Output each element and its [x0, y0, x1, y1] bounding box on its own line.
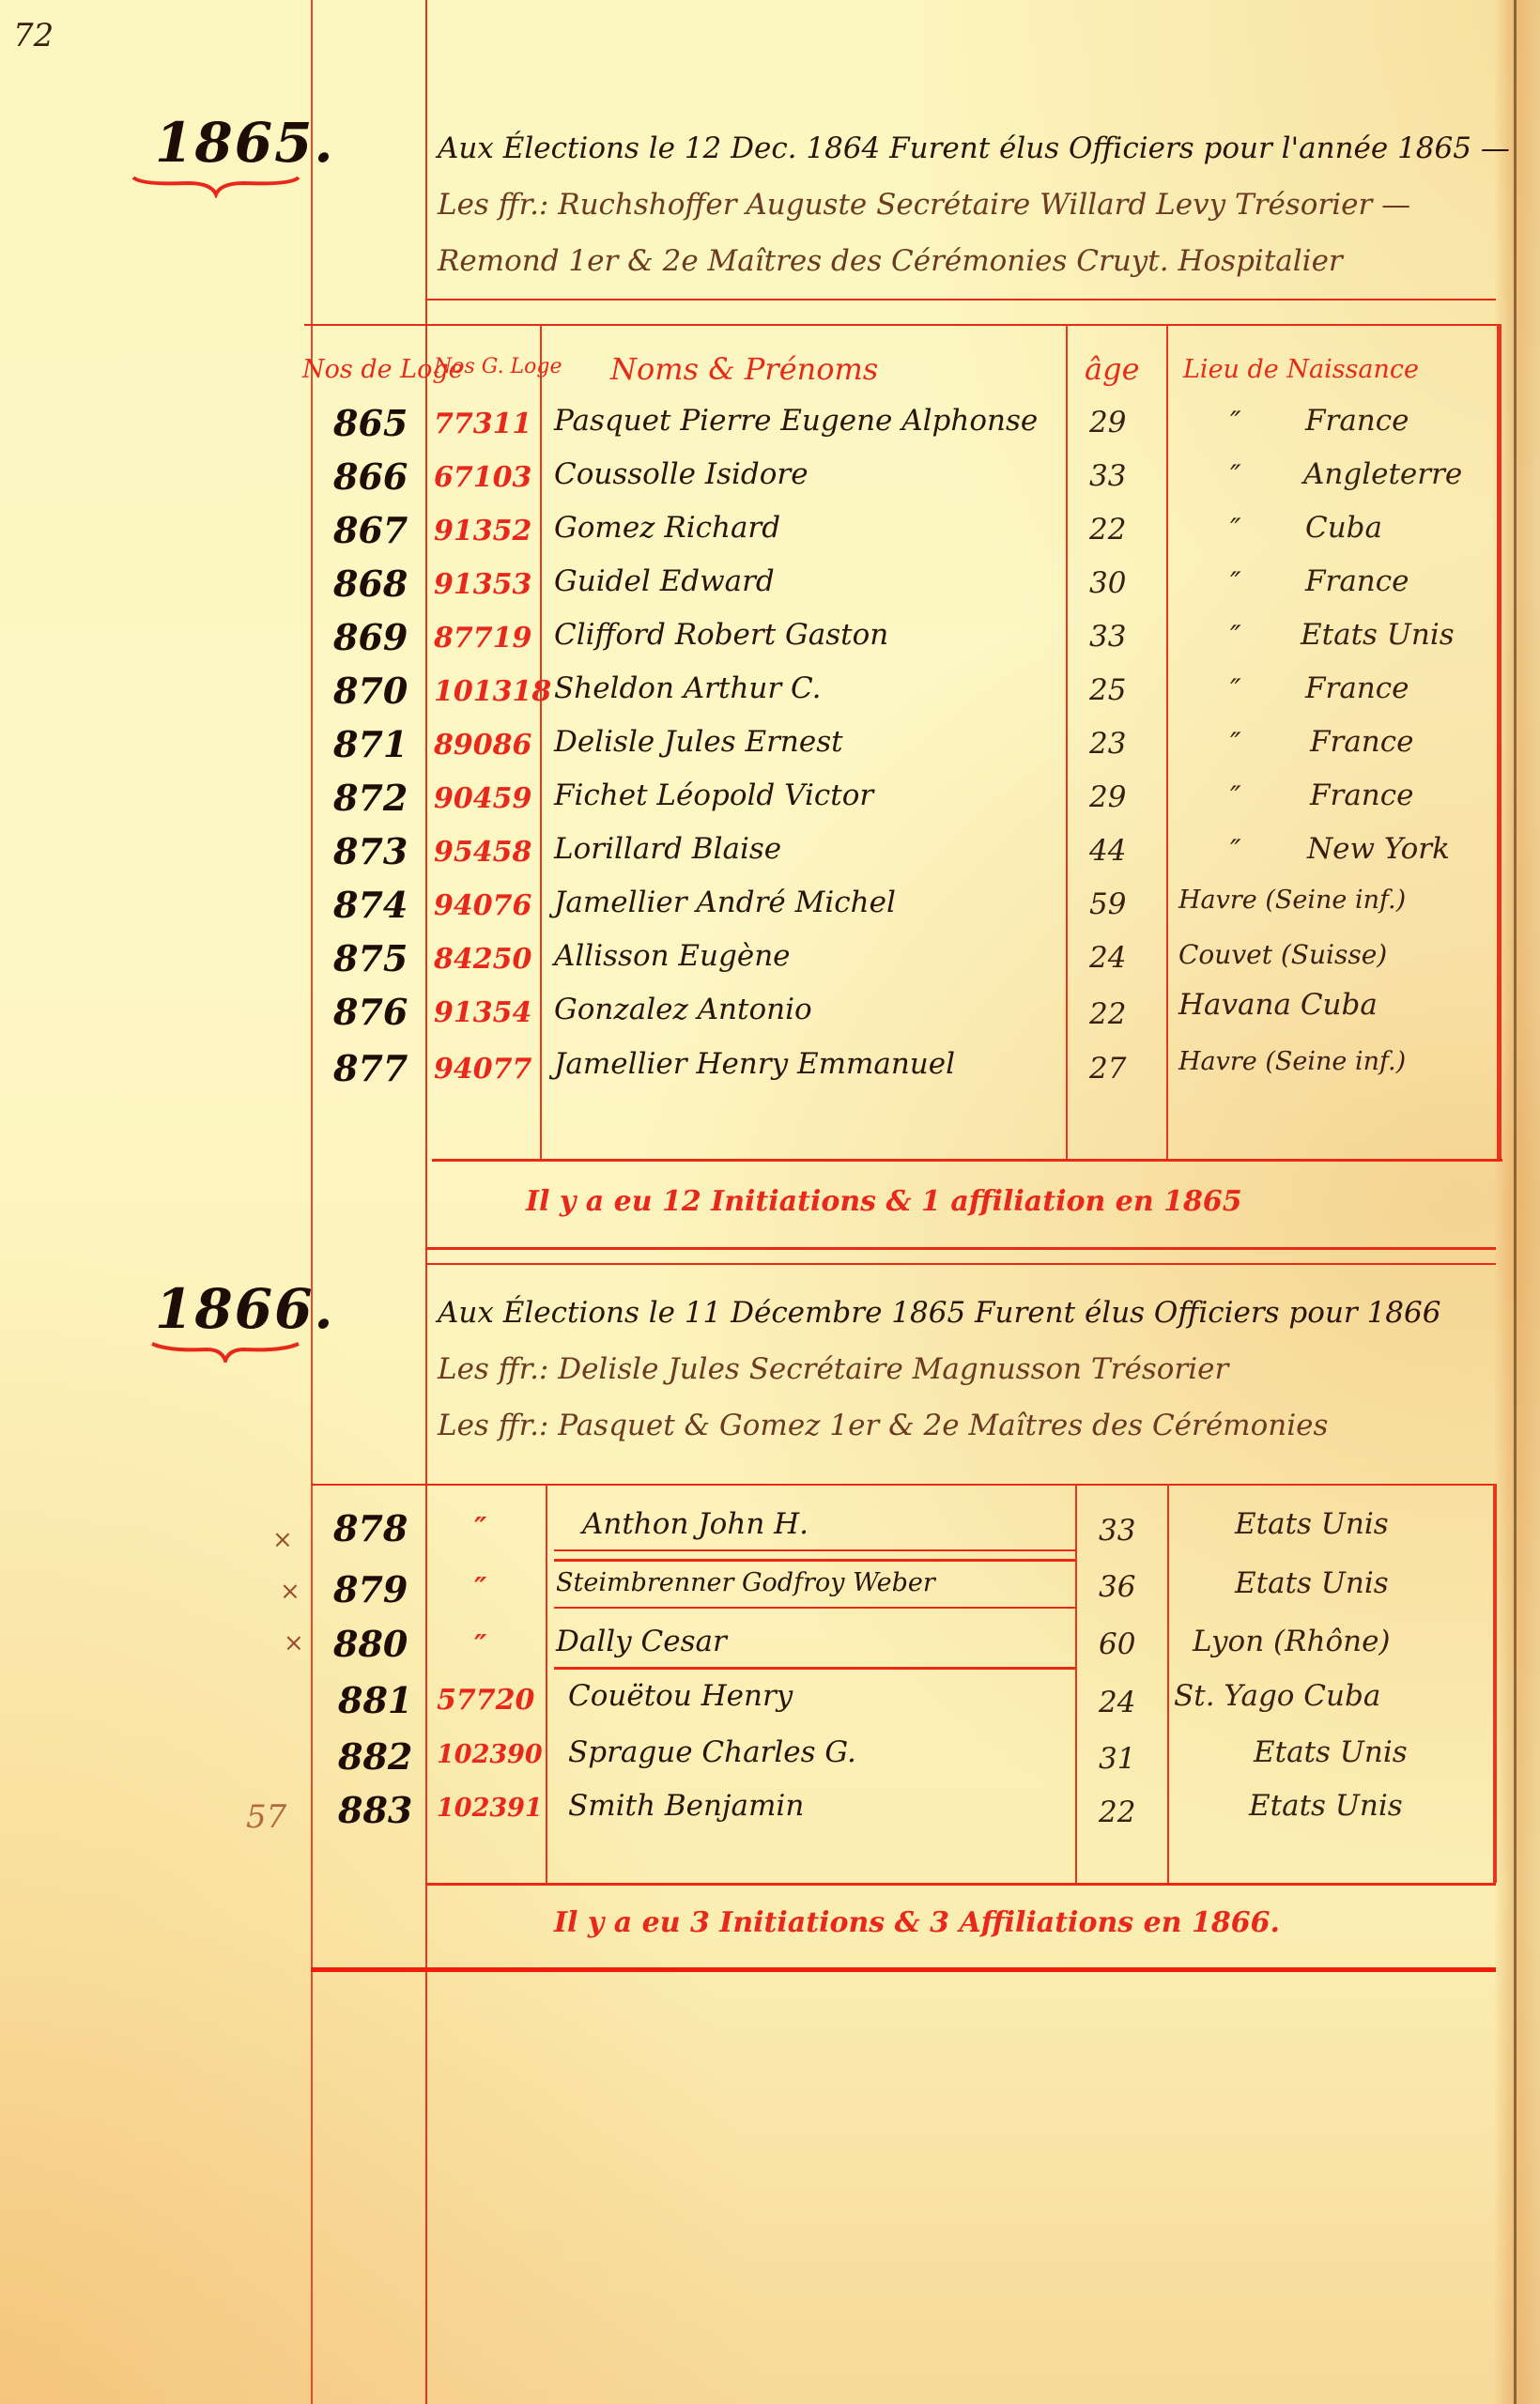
birthplace: Lyon (Rhône) — [1193, 1625, 1391, 1658]
member-age: 22 — [1089, 513, 1126, 547]
lodge-number: 883 — [338, 1789, 412, 1831]
table-1865-col-divider-age — [1066, 324, 1068, 1160]
lodge-number: 882 — [338, 1735, 412, 1778]
member-age: 44 — [1089, 834, 1126, 868]
lodge-number: 866 — [333, 455, 408, 498]
lodge-number: 865 — [333, 402, 408, 444]
birthplace: Havana Cuba — [1178, 988, 1378, 1022]
name-underline-880 — [554, 1667, 1075, 1670]
birthplace: Angleterre — [1303, 457, 1462, 491]
member-age: 29 — [1089, 406, 1126, 439]
ditto-mark: ″ — [1230, 566, 1241, 600]
election-line-1866-1: Aux Élections le 11 Décembre 1865 Furent… — [438, 1296, 1440, 1330]
member-age: 33 — [1099, 1514, 1135, 1548]
grand-lodge-number: 94076 — [434, 889, 531, 922]
election-line-1865-2: Les ffr.: Ruchshoffer Auguste Secrétaire… — [438, 188, 1410, 222]
column-header-age: âge — [1085, 351, 1140, 387]
member-name: Dally Cesar — [556, 1625, 727, 1658]
table-1866-bottom-border — [425, 1883, 1496, 1886]
margin-cross-mark: × — [272, 1526, 293, 1554]
table-1865-bottom-border — [432, 1159, 1502, 1162]
birthplace: Couvet (Suisse) — [1178, 939, 1387, 970]
member-age: 22 — [1089, 997, 1126, 1031]
grand-lodge-number: 95458 — [434, 836, 531, 869]
table-1865-col-divider-grand-lodge — [540, 324, 542, 1160]
birthplace: Etats Unis — [1301, 618, 1455, 652]
summary-1865-rule — [425, 1247, 1496, 1250]
member-name: Steimbrenner Godfroy Weber — [556, 1568, 935, 1597]
margin-cross-mark: × — [284, 1629, 304, 1657]
table-1866-top-border — [311, 1484, 1496, 1486]
birthplace: Etats Unis — [1235, 1566, 1389, 1600]
table-1865-right-border — [1497, 324, 1501, 1160]
grand-lodge-number: 94077 — [434, 1053, 531, 1086]
table-1866-col-divider-birthplace — [1167, 1484, 1169, 1883]
lodge-number: 878 — [333, 1507, 408, 1549]
margin-pencil-note: 57 — [246, 1798, 286, 1836]
member-name: Jamellier André Michel — [554, 886, 896, 919]
ditto-mark: ″ — [1230, 620, 1241, 654]
birthplace: France — [1310, 725, 1413, 759]
member-name: Sprague Charles G. — [568, 1735, 856, 1769]
lodge-number: 876 — [333, 991, 408, 1033]
lodge-number: 872 — [333, 777, 408, 819]
lodge-number: 867 — [333, 509, 408, 551]
grand-lodge-ditto: ″ — [474, 1572, 486, 1605]
member-age: 33 — [1089, 620, 1126, 654]
member-name: Clifford Robert Gaston — [554, 618, 888, 652]
birthplace: Etats Unis — [1249, 1789, 1403, 1823]
name-underline-879 — [554, 1607, 1075, 1609]
grand-lodge-number: 87719 — [434, 622, 531, 655]
member-name: Lorillard Blaise — [554, 832, 781, 866]
member-age: 33 — [1089, 459, 1126, 493]
member-name: Gomez Richard — [554, 511, 780, 545]
lodge-number: 880 — [333, 1623, 408, 1665]
table-1865-col-divider-birthplace — [1166, 324, 1168, 1160]
lodge-number: 874 — [333, 884, 408, 926]
lodge-number: 877 — [333, 1047, 408, 1089]
ditto-mark: ″ — [1230, 673, 1241, 707]
member-name: Smith Benjamin — [568, 1789, 804, 1823]
birthplace: France — [1305, 564, 1409, 598]
member-name: Sheldon Arthur C. — [554, 671, 822, 705]
member-age: 24 — [1099, 1686, 1135, 1719]
member-age: 59 — [1089, 887, 1126, 921]
lodge-number: 879 — [333, 1568, 408, 1610]
lodge-number: 869 — [333, 616, 408, 658]
grand-lodge-ditto: ″ — [474, 1629, 486, 1662]
summary-1866: Il y a eu 3 Initiations & 3 Affiliations… — [554, 1906, 1280, 1939]
column-header-names: Noms & Prénoms — [610, 351, 878, 387]
election-line-1866-3: Les ffr.: Pasquet & Gomez 1er & 2e Maîtr… — [438, 1409, 1328, 1442]
grand-lodge-ditto: ″ — [474, 1512, 486, 1545]
member-age: 29 — [1089, 780, 1126, 814]
grand-lodge-number: 90459 — [434, 782, 531, 815]
member-age: 27 — [1089, 1052, 1126, 1086]
grand-lodge-number: 102391 — [437, 1794, 543, 1823]
ditto-mark: ″ — [1230, 459, 1241, 493]
section-separator-rule — [425, 1263, 1496, 1265]
member-age: 31 — [1099, 1742, 1135, 1776]
member-age: 36 — [1099, 1570, 1135, 1604]
grand-lodge-number: 101318 — [434, 675, 551, 708]
ditto-mark: ″ — [1230, 780, 1241, 814]
ditto-mark: ″ — [1230, 406, 1241, 439]
page-number: 72 — [13, 17, 54, 54]
election-line-1865-1: Aux Élections le 12 Dec. 1864 Furent élu… — [438, 131, 1510, 165]
grand-lodge-number: 102390 — [437, 1740, 543, 1769]
year-heading-1865: 1865. — [155, 111, 335, 175]
member-name: Couëtou Henry — [568, 1679, 793, 1713]
member-name: Fichet Léopold Victor — [554, 778, 873, 812]
book-binding-edge — [1514, 0, 1517, 2404]
summary-1866-rule — [311, 1967, 1496, 1972]
member-name: Gonzalez Antonio — [554, 993, 812, 1026]
red-brace-underline-1866 — [150, 1338, 300, 1363]
member-name: Pasquet Pierre Eugene Alphonse — [554, 404, 1038, 438]
table-1866-col-divider-age — [1075, 1484, 1077, 1883]
margin-cross-mark: × — [280, 1578, 300, 1606]
birthplace: Cuba — [1305, 511, 1382, 545]
table-1865-top-border — [304, 324, 1497, 326]
birthplace: Etats Unis — [1235, 1507, 1389, 1541]
member-age: 60 — [1099, 1627, 1135, 1661]
member-age: 23 — [1089, 727, 1126, 761]
ditto-mark: ″ — [1230, 834, 1241, 868]
table-1866-right-border — [1493, 1484, 1497, 1883]
grand-lodge-number: 89086 — [434, 729, 531, 762]
birthplace: Havre (Seine inf.) — [1178, 1047, 1406, 1076]
grand-lodge-number: 91354 — [434, 996, 531, 1029]
lodge-number: 875 — [333, 937, 408, 979]
summary-1865: Il y a eu 12 Initiations & 1 affiliation… — [526, 1185, 1242, 1218]
member-age: 22 — [1099, 1795, 1135, 1829]
lodge-number: 881 — [338, 1679, 412, 1721]
name-underline-878b — [554, 1559, 1075, 1562]
member-age: 30 — [1089, 566, 1126, 600]
red-brace-underline-1865 — [131, 174, 300, 198]
birthplace: Etats Unis — [1254, 1735, 1408, 1769]
member-age: 24 — [1089, 941, 1126, 975]
birthplace: France — [1310, 778, 1413, 812]
birthplace: New York — [1307, 832, 1450, 866]
grand-lodge-number: 91352 — [434, 515, 531, 547]
birthplace: France — [1305, 671, 1409, 705]
name-underline-878a — [554, 1549, 1075, 1551]
member-name: Allisson Eugène — [554, 939, 791, 973]
year-heading-1866: 1866. — [155, 1277, 335, 1341]
election-line-1866-2: Les ffr.: Delisle Jules Secrétaire Magnu… — [438, 1352, 1228, 1386]
column-header-grand-lodge-no: Nos G. Loge — [434, 355, 562, 378]
table-1866-col-divider-names — [546, 1484, 547, 1883]
lodge-number: 873 — [333, 830, 408, 872]
ditto-mark: ″ — [1230, 727, 1241, 761]
member-name: Guidel Edward — [554, 564, 775, 598]
birthplace: St. Yago Cuba — [1174, 1679, 1380, 1713]
grand-lodge-number: 57720 — [437, 1684, 534, 1717]
member-age: 25 — [1089, 673, 1126, 707]
birthplace: France — [1305, 404, 1409, 438]
grand-lodge-number: 67103 — [434, 461, 531, 494]
grand-lodge-number: 77311 — [434, 408, 531, 440]
grand-lodge-number: 84250 — [434, 943, 531, 976]
birthplace: Havre (Seine inf.) — [1178, 886, 1406, 915]
member-name: Coussolle Isidore — [554, 457, 808, 491]
member-name: Jamellier Henry Emmanuel — [554, 1047, 955, 1081]
column-header-birthplace: Lieu de Naissance — [1183, 355, 1419, 384]
member-name: Anthon John H. — [582, 1507, 808, 1541]
grand-lodge-number: 91353 — [434, 568, 531, 601]
lodge-number: 871 — [333, 723, 408, 765]
election-block-rule — [425, 299, 1496, 300]
lodge-number: 868 — [333, 562, 408, 605]
member-name: Delisle Jules Ernest — [554, 725, 843, 759]
election-line-1865-3: Remond 1er & 2e Maîtres des Cérémonies C… — [438, 244, 1343, 278]
ditto-mark: ″ — [1230, 513, 1241, 547]
lodge-number: 870 — [333, 670, 408, 712]
